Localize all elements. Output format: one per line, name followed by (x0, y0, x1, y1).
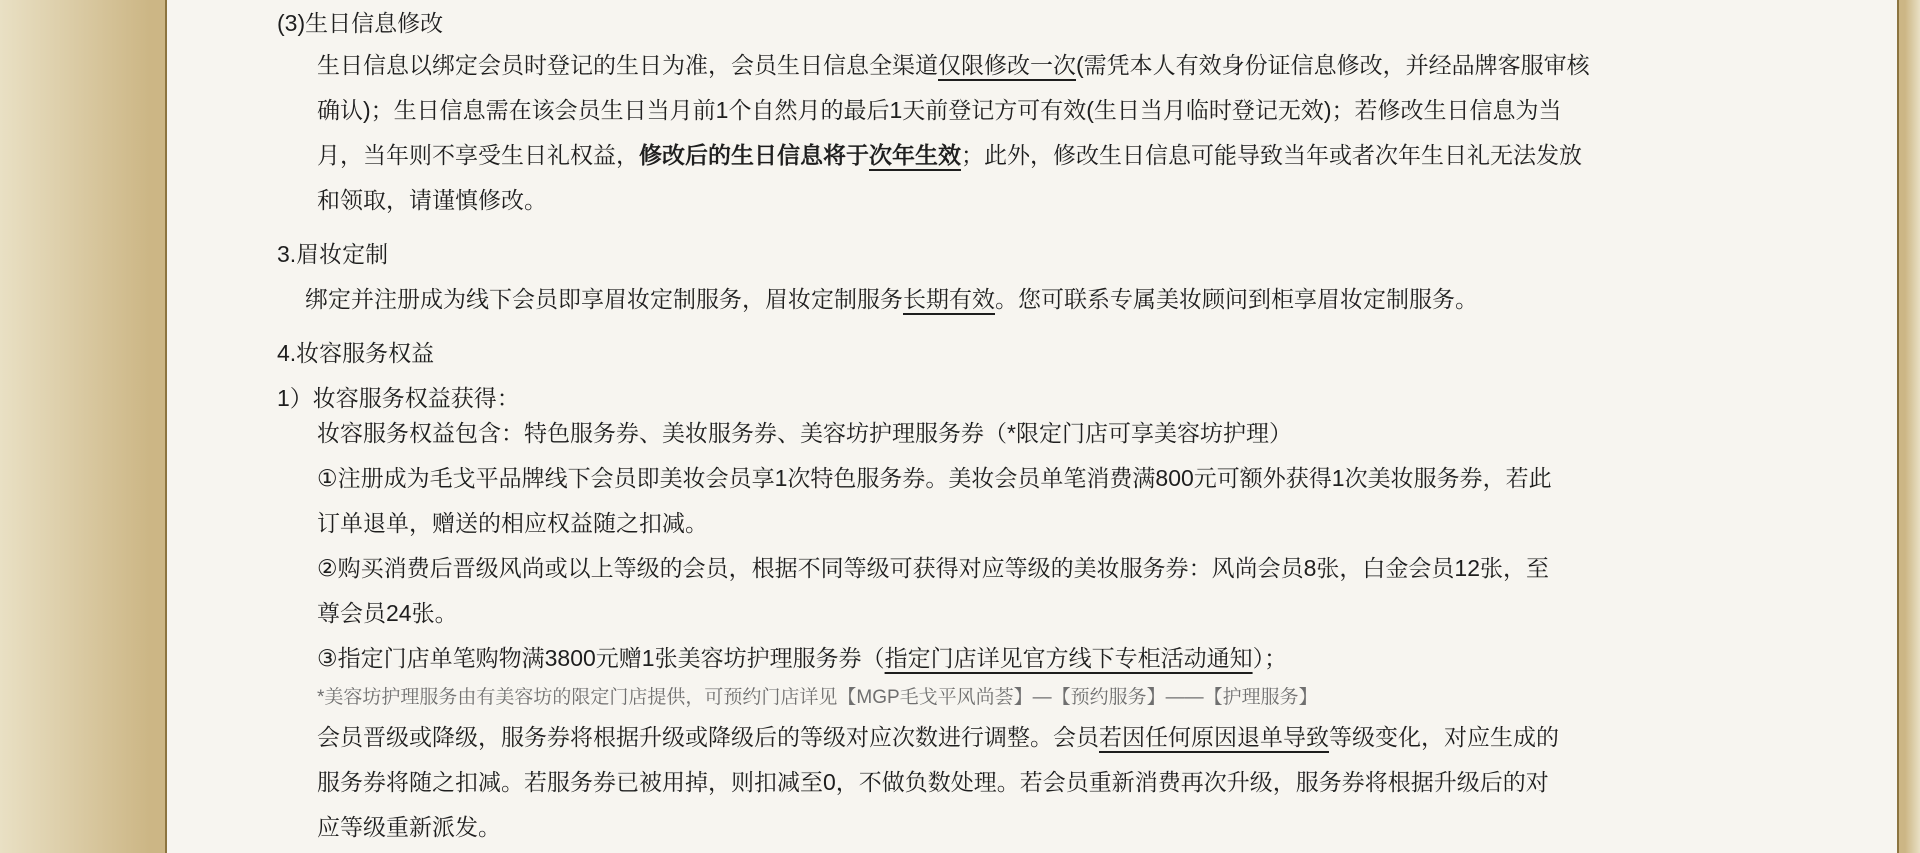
section-heading: 4.妆容服务权益 (277, 331, 1897, 376)
fine-print-line: *美容坊护理服务由有美容坊的限定门店提供，可预约门店详见【MGP毛戈平风尚荟】—… (277, 681, 1897, 715)
clause-heading: (3)生日信息修改 (277, 3, 1897, 43)
paragraph-line: 和领取，请谨慎修改。 (277, 178, 1897, 223)
text-segment: 月，当年则不享受生日礼权益， (317, 142, 639, 168)
text-segment: 服务券将随之扣减。若服务券已被用掉，则扣减至0，不做负数处理。若会员重新消费再次… (317, 769, 1549, 795)
text-segment: 尊会员24张。 (317, 600, 458, 626)
section-heading: 3.眉妆定制 (277, 232, 1897, 277)
text-segment: 生日信息以绑定会员时登记的生日为准，会员生日信息全渠道 (317, 52, 938, 78)
text-segment: 应等级重新派发。 (317, 814, 501, 840)
text-segment: (需凭本人有效身份证信息修改，并经品牌客服审核 (1076, 52, 1590, 78)
text-segment: 3.眉妆定制 (277, 241, 388, 267)
paragraph-line: ②购买消费后晋级风尚或以上等级的会员，根据不同等级可获得对应等级的美妆服务券：风… (277, 546, 1897, 591)
text-segment: 绑定并注册成为线下会员即享眉妆定制服务，眉妆定制服务 (305, 286, 903, 312)
bold-text-segment: 修改后的生日信息将于 (639, 142, 869, 168)
text-segment: ）； (1253, 645, 1288, 671)
underlined-text-segment: 次年生效 (869, 142, 961, 168)
text-segment: 。您可联系专属美妆顾问到柜享眉妆定制服务。 (995, 286, 1478, 312)
paragraph-line: 服务券将随之扣减。若服务券已被用掉，则扣减至0，不做负数处理。若会员重新消费再次… (277, 760, 1897, 805)
text-segment: ③指定门店单笔购物满3800元赠1张美容坊护理服务券（ (317, 645, 885, 671)
paragraph-line: 会员晋级或降级，服务券将根据升级或降级后的等级对应次数进行调整。会员若因任何原因… (277, 715, 1897, 760)
underlined-text-segment: 仅限修改一次 (938, 52, 1076, 78)
text-segment: 妆容服务权益包含：特色服务券、美妆服务券、美容坊护理服务券（*限定门店可享美容坊… (317, 420, 1292, 446)
paragraph-line: ③指定门店单笔购物满3800元赠1张美容坊护理服务券（指定门店详见官方线下专柜活… (277, 636, 1897, 681)
paragraph-line: 应等级重新派发。 (277, 805, 1897, 850)
paragraph-line: 绑定并注册成为线下会员即享眉妆定制服务，眉妆定制服务长期有效。您可联系专属美妆顾… (277, 277, 1897, 322)
text-segment: 会员晋级或降级，服务券将根据升级或降级后的等级对应次数进行调整。会员 (317, 724, 1099, 750)
document-card: (3)生日信息修改生日信息以绑定会员时登记的生日为准，会员生日信息全渠道仅限修改… (165, 0, 1899, 853)
paragraph-line: 妆容服务权益包含：特色服务券、美妆服务券、美容坊护理服务券（*限定门店可享美容坊… (277, 411, 1897, 456)
text-segment: 和领取，请谨慎修改。 (317, 187, 547, 213)
underlined-text-segment: 指定门店详见官方线下专柜活动通知 (885, 645, 1253, 671)
text-segment: 等级变化，对应生成的 (1329, 724, 1559, 750)
paragraph-line: 订单退单，赠送的相应权益随之扣减。 (277, 501, 1897, 546)
paragraph-line: 生日信息以绑定会员时登记的生日为准，会员生日信息全渠道仅限修改一次(需凭本人有效… (277, 43, 1897, 88)
paragraph-line: 确认)；生日信息需在该会员生日当月前1个自然月的最后1天前登记方可有效(生日当月… (277, 88, 1897, 133)
text-segment: ；此外，修改生日信息可能导致当年或者次年生日礼无法发放 (961, 142, 1582, 168)
text-segment: 1）妆容服务权益获得： (277, 385, 520, 411)
text-segment: 确认)；生日信息需在该会员生日当月前1个自然月的最后1天前登记方可有效(生日当月… (317, 97, 1562, 123)
paragraph-line: ①注册成为毛戈平品牌线下会员即美妆会员享1次特色服务券。美妆会员单笔消费满800… (277, 456, 1897, 501)
terms-document: (3)生日信息修改生日信息以绑定会员时登记的生日为准，会员生日信息全渠道仅限修改… (167, 0, 1897, 850)
text-segment: (3)生日信息修改 (277, 10, 443, 36)
page-background: (3)生日信息修改生日信息以绑定会员时登记的生日为准，会员生日信息全渠道仅限修改… (0, 0, 1920, 853)
paragraph-line: 尊会员24张。 (277, 591, 1897, 636)
underlined-text-segment: 长期有效 (903, 286, 995, 312)
text-segment: *美容坊护理服务由有美容坊的限定门店提供，可预约门店详见【MGP毛戈平风尚荟】—… (317, 687, 1318, 708)
text-segment: 订单退单，赠送的相应权益随之扣减。 (317, 510, 708, 536)
paragraph-line: 月，当年则不享受生日礼权益，修改后的生日信息将于次年生效；此外，修改生日信息可能… (277, 133, 1897, 178)
text-segment: ②购买消费后晋级风尚或以上等级的会员，根据不同等级可获得对应等级的美妆服务券：风… (317, 555, 1549, 581)
text-segment: ①注册成为毛戈平品牌线下会员即美妆会员享1次特色服务券。美妆会员单笔消费满800… (317, 465, 1552, 491)
underlined-text-segment: 若因任何原因退单导致 (1099, 724, 1329, 750)
text-segment: 4.妆容服务权益 (277, 340, 434, 366)
